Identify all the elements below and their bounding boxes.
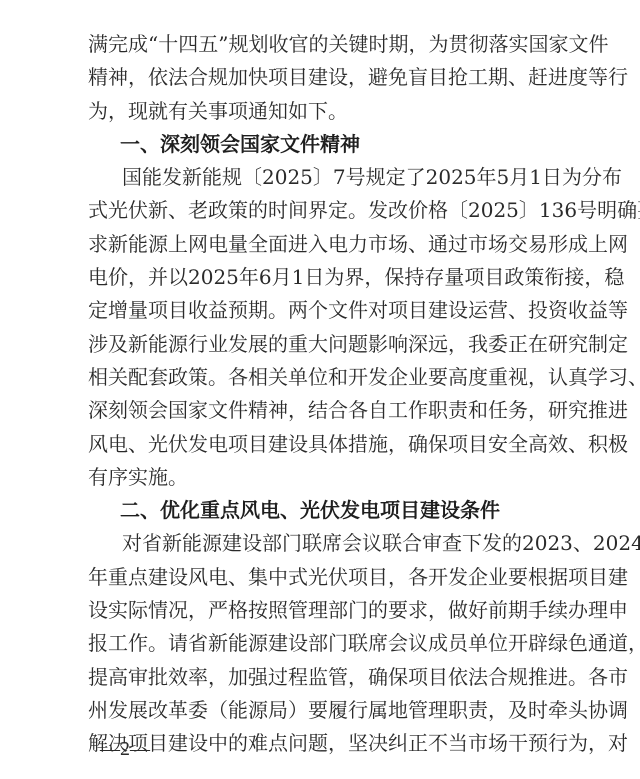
paragraph-line: 式光伏新、老政策的时间界定。发改价格〔2025〕136号明确要 [88, 194, 560, 227]
intro-line: 精神，依法合规加快项目建设，避免盲目抢工期、赶进度等行 [88, 61, 560, 94]
paragraph-line: 解决项目建设中的难点问题，坚决纠正不当市场干预行为，对 [88, 727, 560, 760]
section-heading-2: 二、优化重点风电、光伏发电项目建设条件 [88, 494, 560, 527]
intro-line: 满完成“十四五”规划收官的关键时期，为贯彻落实国家文件 [88, 28, 560, 61]
paragraph-line: 电价，并以2025年6月1日为界，保持存量项目政策衔接，稳 [88, 261, 560, 294]
paragraph-line: 提高审批效率，加强过程监管，确保项目依法合规推进。各市 [88, 661, 560, 694]
paragraph-line: 设实际情况，严格按照管理部门的要求，做好前期手续办理申 [88, 594, 560, 627]
paragraph-line: 报工作。请省新能源建设部门联席会议成员单位开辟绿色通道， [88, 627, 560, 660]
paragraph-line: 定增量项目收益预期。两个文件对项目建设运营、投资收益等 [88, 294, 560, 327]
paragraph-line: 有序实施。 [88, 461, 560, 494]
paragraph-line: 年重点建设风电、集中式光伏项目，各开发企业要根据项目建 [88, 561, 560, 594]
paragraph-line: 相关配套政策。各相关单位和开发企业要高度重视，认真学习、 [88, 361, 560, 394]
paragraph-line: 涉及新能源行业发展的重大问题影响深远，我委正在研究制定 [88, 328, 560, 361]
page-number: —2— [100, 738, 150, 761]
paragraph-line: 深刻领会国家文件精神，结合各自工作职责和任务，研究推进 [88, 394, 560, 427]
paragraph-line: 风电、光伏发电项目建设具体措施，确保项目安全高效、积极 [88, 428, 560, 461]
document-page: 满完成“十四五”规划收官的关键时期，为贯彻落实国家文件 精神，依法合规加快项目建… [88, 28, 560, 761]
section-heading-1: 一、深刻领会国家文件精神 [88, 128, 560, 161]
paragraph-line: 州发展改革委（能源局）要履行属地管理职责，及时牵头协调 [88, 694, 560, 727]
paragraph-line: 国能发新能规〔2025〕7号规定了2025年5月1日为分布 [88, 161, 560, 194]
paragraph-line: 求新能源上网电量全面进入电力市场、通过市场交易形成上网 [88, 228, 560, 261]
paragraph-line: 对省新能源建设部门联席会议联合审查下发的2023、2024 [88, 527, 560, 560]
intro-line: 为，现就有关事项通知如下。 [88, 95, 560, 128]
